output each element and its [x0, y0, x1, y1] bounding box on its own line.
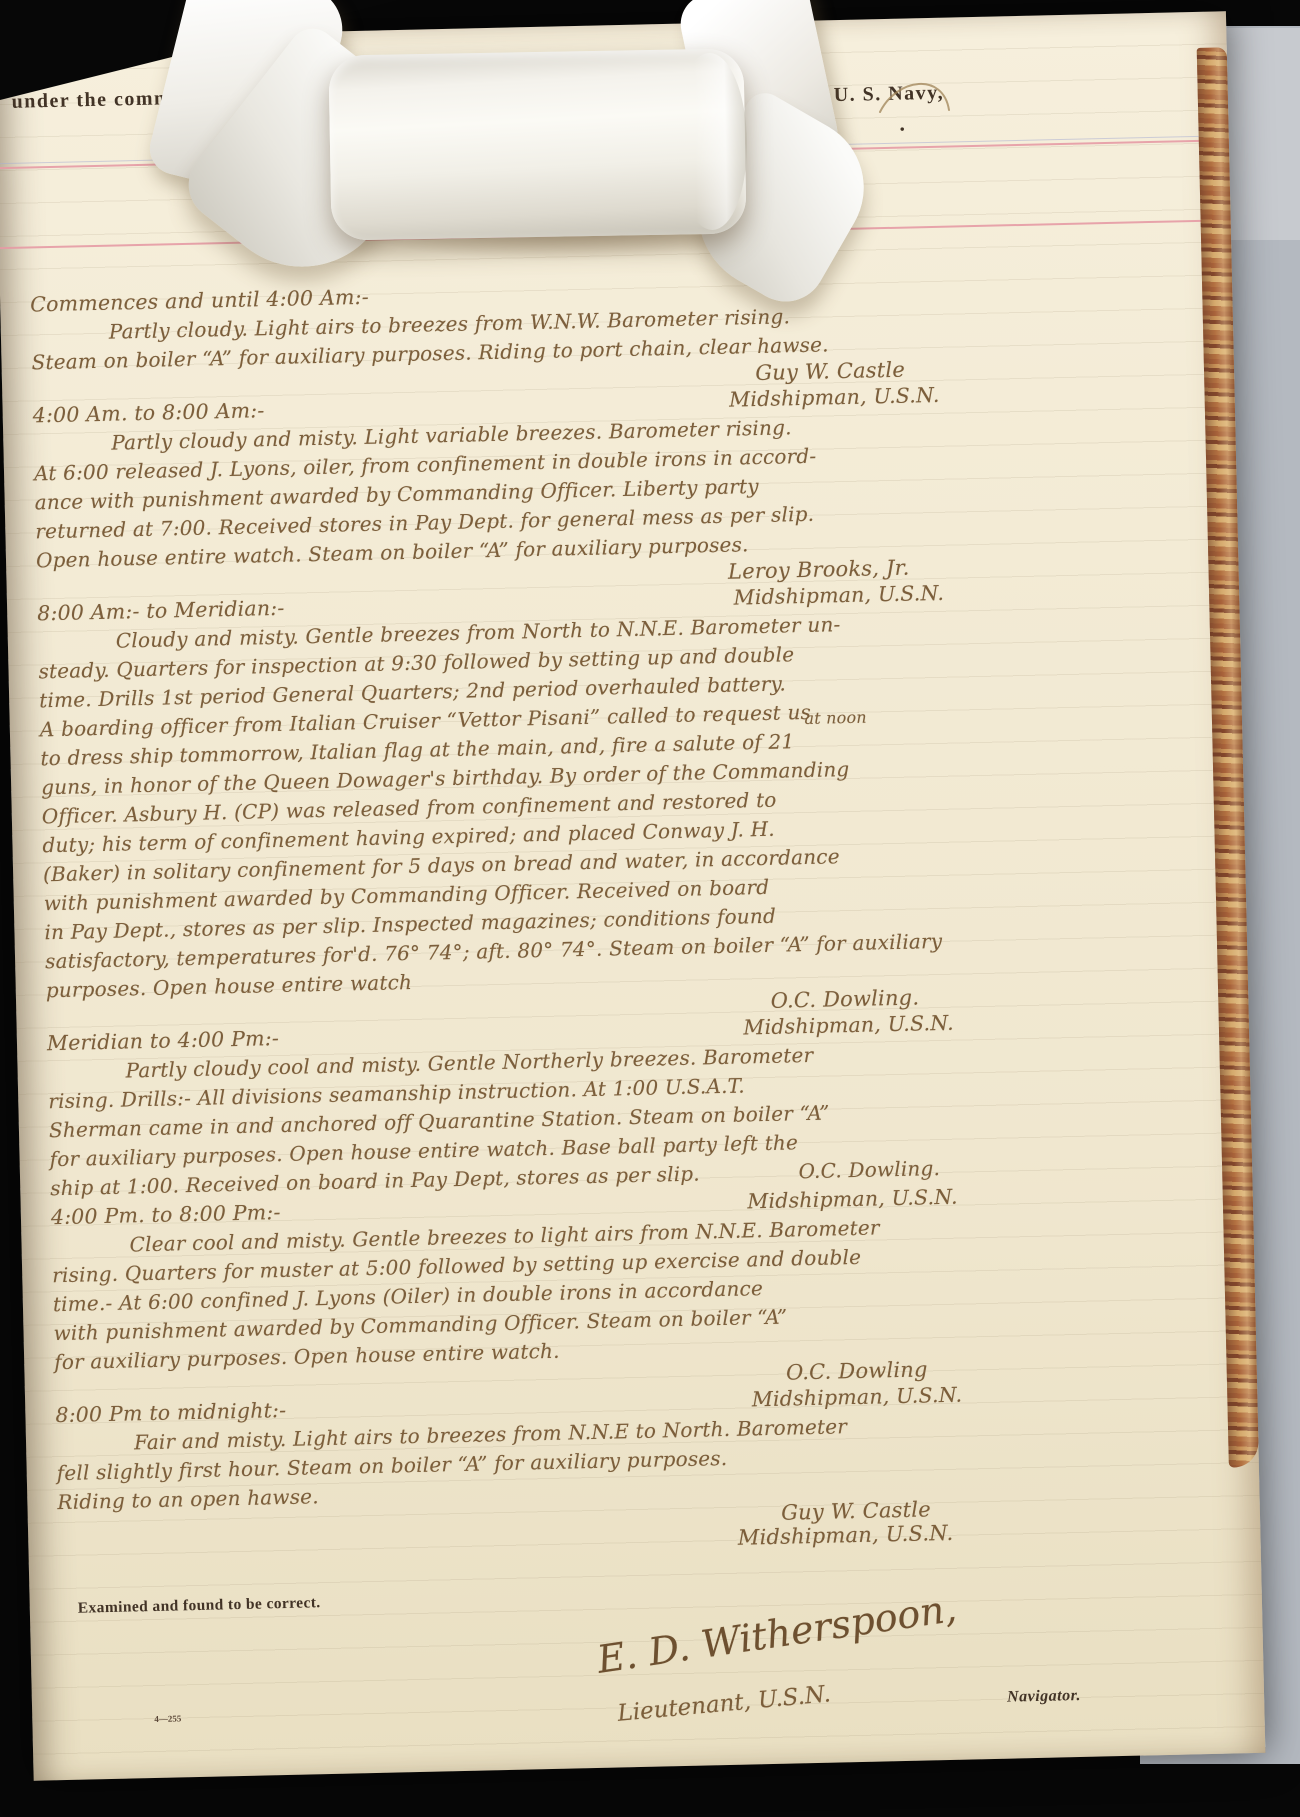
- printed-navigator-label: Navigator.: [1007, 1687, 1081, 1707]
- inserted-correction: at noon: [804, 710, 867, 727]
- examined-statement: Examined and found to be correct.: [78, 1594, 321, 1618]
- watch-officer-rank: Midshipman, U.S.N.: [729, 381, 940, 415]
- form-number: 4—255: [154, 1713, 181, 1724]
- logbook-photograph: under the command U. S. Navy, . Commence…: [0, 0, 1300, 1817]
- navigator-signature: E. D. Witherspoon,: [594, 1586, 959, 1682]
- watch-officer-rank: Midshipman, U.S.N.: [733, 579, 944, 613]
- paper-roll-weight: [328, 48, 746, 240]
- watch-officer-rank: Midshipman, U.S.N.: [751, 1381, 962, 1415]
- watch-officer-rank: Midshipman, U.S.N.: [743, 1009, 954, 1043]
- watch-officer-rank: [937, 270, 938, 299]
- log-entries: Commences and until 4:00 Am:- Partly clo…: [30, 269, 1004, 1566]
- signature: O.C. Dowling.: [798, 1154, 940, 1186]
- navigator-rank: Lieutenant, U.S.N.: [616, 1681, 831, 1727]
- watch-officer-rank: Midshipman, U.S.N.: [747, 1183, 958, 1217]
- logbook-page: under the command U. S. Navy, . Commence…: [0, 11, 1265, 1781]
